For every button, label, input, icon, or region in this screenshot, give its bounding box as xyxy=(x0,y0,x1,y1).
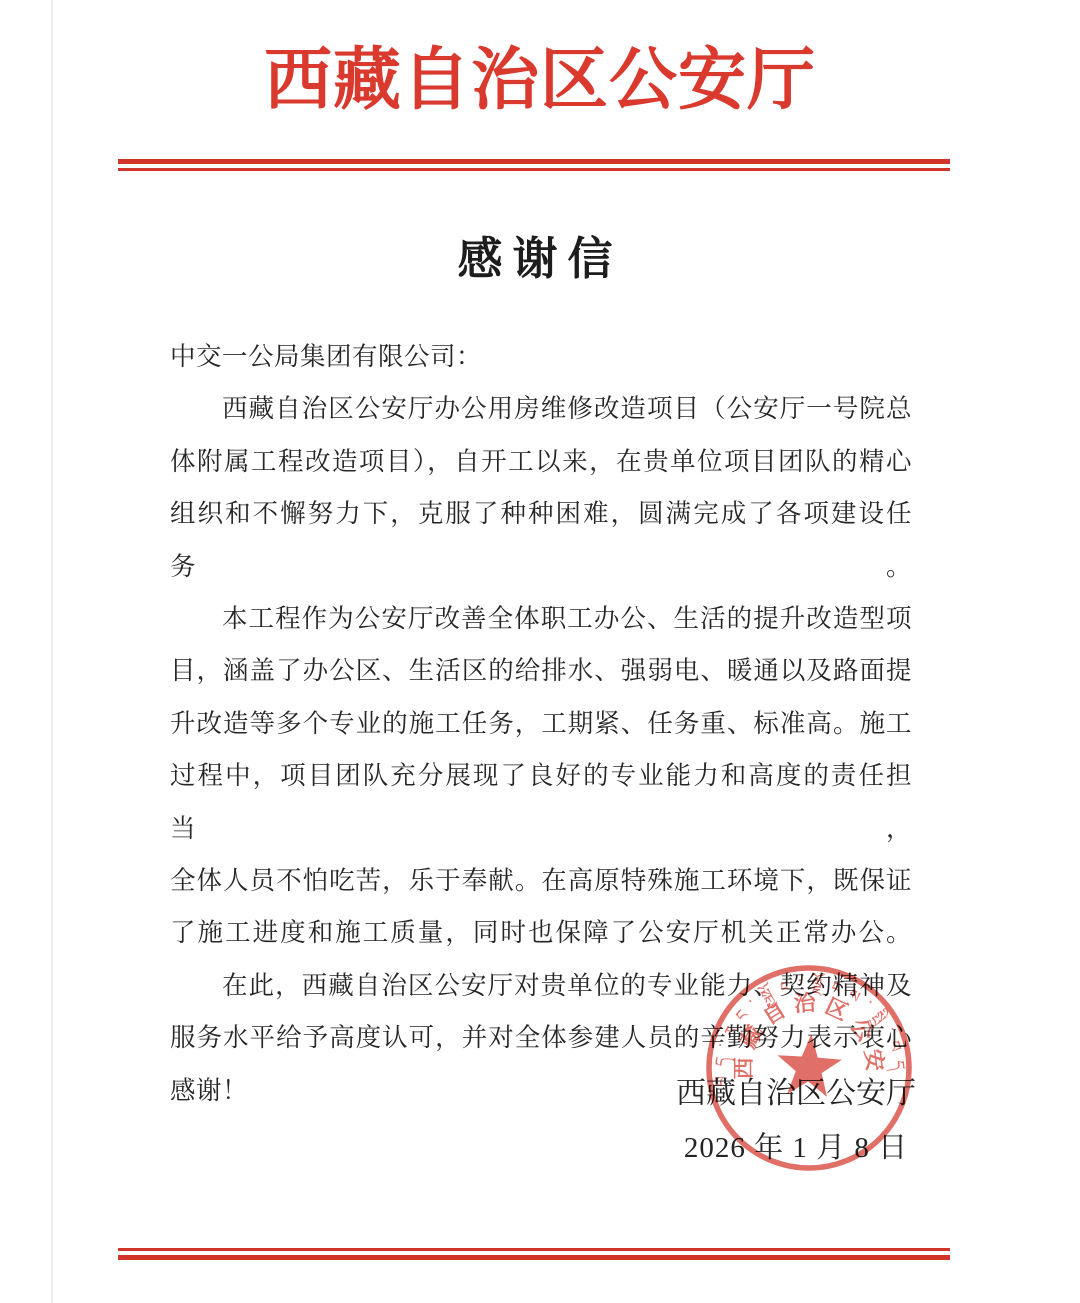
footer-rule-thin xyxy=(118,1248,950,1251)
letter-body-line: 本工程作为公安厅改善全体职工办公、生活的提升改造型项 xyxy=(170,593,912,645)
scan-edge-artifact xyxy=(51,0,53,1303)
letterhead-rule-thin xyxy=(118,168,950,171)
letter-body-line: 西藏自治区公安厅办公用房维修改造项目（公安厅一号院总 xyxy=(170,383,912,435)
scanned-letter-page: 西藏自治区公安厅 感谢信 中交一公局集团有限公司： 西藏自治区公安厅办公用房维修… xyxy=(0,0,1080,1303)
letter-body-line: 目，涵盖了办公区、生活区的给排水、强弱电、暖通以及路面提 xyxy=(170,645,912,697)
footer-rule-thick xyxy=(118,1255,950,1260)
letter-body-line: 过程中，项目团队充分展现了良好的专业能力和高度的责任担当， xyxy=(170,750,912,855)
letter-body-line: 了施工进度和施工质量，同时也保障了公安厅机关正常办公。 xyxy=(170,907,912,959)
document-heading: 感谢信 xyxy=(0,222,1080,287)
letterhead-rule-thick xyxy=(118,159,950,164)
letter-body-line: 全体人员不怕吃苦，乐于奉献。在高原特殊施工环境下，既保证 xyxy=(170,855,912,907)
letter-body-line: 组织和不懈努力下，克服了种种困难，圆满完成了各项建设任务。 xyxy=(170,488,912,593)
seal-star-icon xyxy=(775,1030,847,1103)
letter-body-line: 升改造等多个专业的施工任务，工期紧、任务重、标准高。施工 xyxy=(170,698,912,750)
letter-salutation: 中交一公局集团有限公司： xyxy=(170,331,912,383)
official-red-seal: བོད་རང་སྐྱོང་ལྗོངས་སྤྱི་བདེ་ཐིང 西藏自治区公安厅 xyxy=(701,960,917,1176)
letter-body-line: 体附属工程改造项目），自开工以来，在贵单位项目团队的精心 xyxy=(170,436,912,488)
letterhead-org-title: 西藏自治区公安厅 xyxy=(0,36,1080,124)
